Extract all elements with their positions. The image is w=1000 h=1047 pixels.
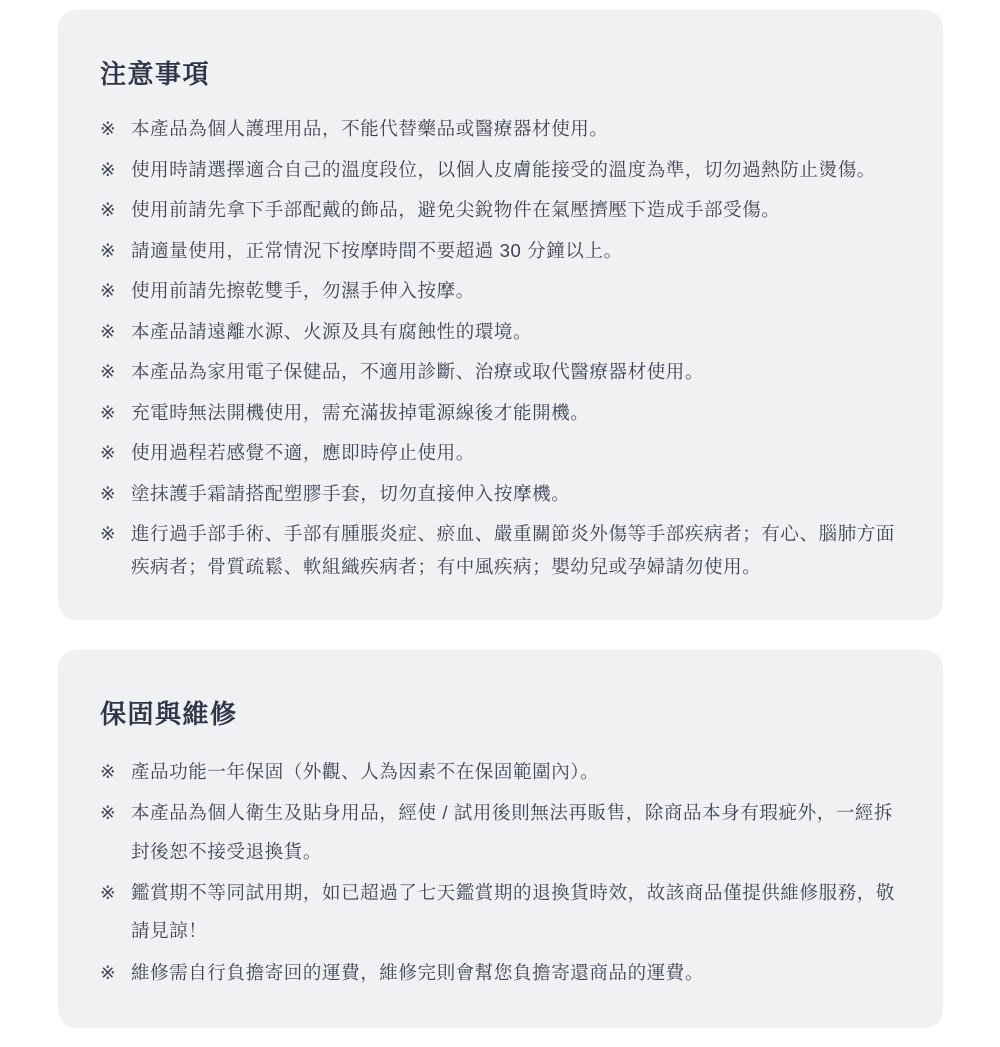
note-text: 進行過手部手術、手部有腫脹炎症、瘀血、嚴重關節炎外傷等手部疾病者；有心、腦肺方面… <box>131 518 897 583</box>
note-item: ※ 本產品請遠離水源、火源及具有腐蝕性的環境。 <box>100 316 897 349</box>
note-text: 產品功能一年保固（外觀、人為因素不在保固範圍內）。 <box>131 753 897 791</box>
reference-mark: ※ <box>100 794 131 832</box>
reference-mark: ※ <box>100 275 131 308</box>
note-text: 充電時無法開機使用，需充滿拔掉電源線後才能開機。 <box>131 397 897 430</box>
reference-mark: ※ <box>100 194 131 227</box>
reference-mark: ※ <box>100 518 131 551</box>
note-text: 本產品請遠離水源、火源及具有腐蝕性的環境。 <box>131 316 897 349</box>
note-text: 本產品為個人衛生及貼身用品，經使 / 試用後則無法再販售，除商品本身有瑕疵外，一… <box>131 794 897 871</box>
note-text: 使用前請先拿下手部配戴的飾品，避免尖銳物件在氣壓擠壓下造成手部受傷。 <box>131 194 897 227</box>
reference-mark: ※ <box>100 154 131 187</box>
note-text: 使用前請先擦乾雙手，勿濕手伸入按摩。 <box>131 275 897 308</box>
warranty-card: 保固與維修 ※ 產品功能一年保固（外觀、人為因素不在保固範圍內）。 ※ 本產品為… <box>58 650 943 1029</box>
note-text: 請適量使用，正常情況下按摩時間不要超過 30 分鐘以上。 <box>131 235 897 268</box>
note-item: ※ 使用前請先拿下手部配戴的飾品，避免尖銳物件在氣壓擠壓下造成手部受傷。 <box>100 194 897 227</box>
warranty-title: 保固與維修 <box>100 694 897 731</box>
reference-mark: ※ <box>100 356 131 389</box>
note-item: ※ 產品功能一年保固（外觀、人為因素不在保固範圍內）。 <box>100 753 897 791</box>
note-text: 本產品為家用電子保健品，不適用診斷、治療或取代醫療器材使用。 <box>131 356 897 389</box>
reference-mark: ※ <box>100 235 131 268</box>
note-text: 塗抹護手霜請搭配塑膠手套，切勿直接伸入按摩機。 <box>131 478 897 511</box>
note-text: 維修需自行負擔寄回的運費，維修完則會幫您負擔寄還商品的運費。 <box>131 954 897 992</box>
note-text: 使用時請選擇適合自己的溫度段位，以個人皮膚能接受的溫度為準，切勿過熱防止燙傷。 <box>131 154 897 187</box>
product-notice-page: 注意事項 ※ 本產品為個人護理用品，不能代替藥品或醫療器材使用。 ※ 使用時請選… <box>0 0 1000 1047</box>
reference-mark: ※ <box>100 874 131 912</box>
precautions-card: 注意事項 ※ 本產品為個人護理用品，不能代替藥品或醫療器材使用。 ※ 使用時請選… <box>58 10 943 620</box>
note-text: 使用過程若感覺不適，應即時停止使用。 <box>131 437 897 470</box>
note-item: ※ 維修需自行負擔寄回的運費，維修完則會幫您負擔寄還商品的運費。 <box>100 954 897 992</box>
note-text: 本產品為個人護理用品，不能代替藥品或醫療器材使用。 <box>131 113 897 146</box>
reference-mark: ※ <box>100 954 131 992</box>
reference-mark: ※ <box>100 316 131 349</box>
reference-mark: ※ <box>100 113 131 146</box>
precautions-list: ※ 本產品為個人護理用品，不能代替藥品或醫療器材使用。 ※ 使用時請選擇適合自己… <box>100 113 897 584</box>
reference-mark: ※ <box>100 478 131 511</box>
reference-mark: ※ <box>100 437 131 470</box>
note-item: ※ 使用前請先擦乾雙手，勿濕手伸入按摩。 <box>100 275 897 308</box>
reference-mark: ※ <box>100 397 131 430</box>
note-item: ※ 充電時無法開機使用，需充滿拔掉電源線後才能開機。 <box>100 397 897 430</box>
note-text: 鑑賞期不等同試用期，如已超過了七天鑑賞期的退換貨時效，故該商品僅提供維修服務，敬… <box>131 874 897 951</box>
note-item: ※ 塗抹護手霜請搭配塑膠手套，切勿直接伸入按摩機。 <box>100 478 897 511</box>
note-item: ※ 請適量使用，正常情況下按摩時間不要超過 30 分鐘以上。 <box>100 235 897 268</box>
note-item: ※ 使用過程若感覺不適，應即時停止使用。 <box>100 437 897 470</box>
precautions-title: 注意事項 <box>100 54 897 91</box>
reference-mark: ※ <box>100 753 131 791</box>
note-item: ※ 鑑賞期不等同試用期，如已超過了七天鑑賞期的退換貨時效，故該商品僅提供維修服務… <box>100 874 897 951</box>
note-item: ※ 本產品為家用電子保健品，不適用診斷、治療或取代醫療器材使用。 <box>100 356 897 389</box>
note-item: ※ 進行過手部手術、手部有腫脹炎症、瘀血、嚴重關節炎外傷等手部疾病者；有心、腦肺… <box>100 518 897 583</box>
note-item: ※ 使用時請選擇適合自己的溫度段位，以個人皮膚能接受的溫度為準，切勿過熱防止燙傷… <box>100 154 897 187</box>
warranty-list: ※ 產品功能一年保固（外觀、人為因素不在保固範圍內）。 ※ 本產品為個人衛生及貼… <box>100 753 897 993</box>
note-item: ※ 本產品為個人衛生及貼身用品，經使 / 試用後則無法再販售，除商品本身有瑕疵外… <box>100 794 897 871</box>
note-item: ※ 本產品為個人護理用品，不能代替藥品或醫療器材使用。 <box>100 113 897 146</box>
